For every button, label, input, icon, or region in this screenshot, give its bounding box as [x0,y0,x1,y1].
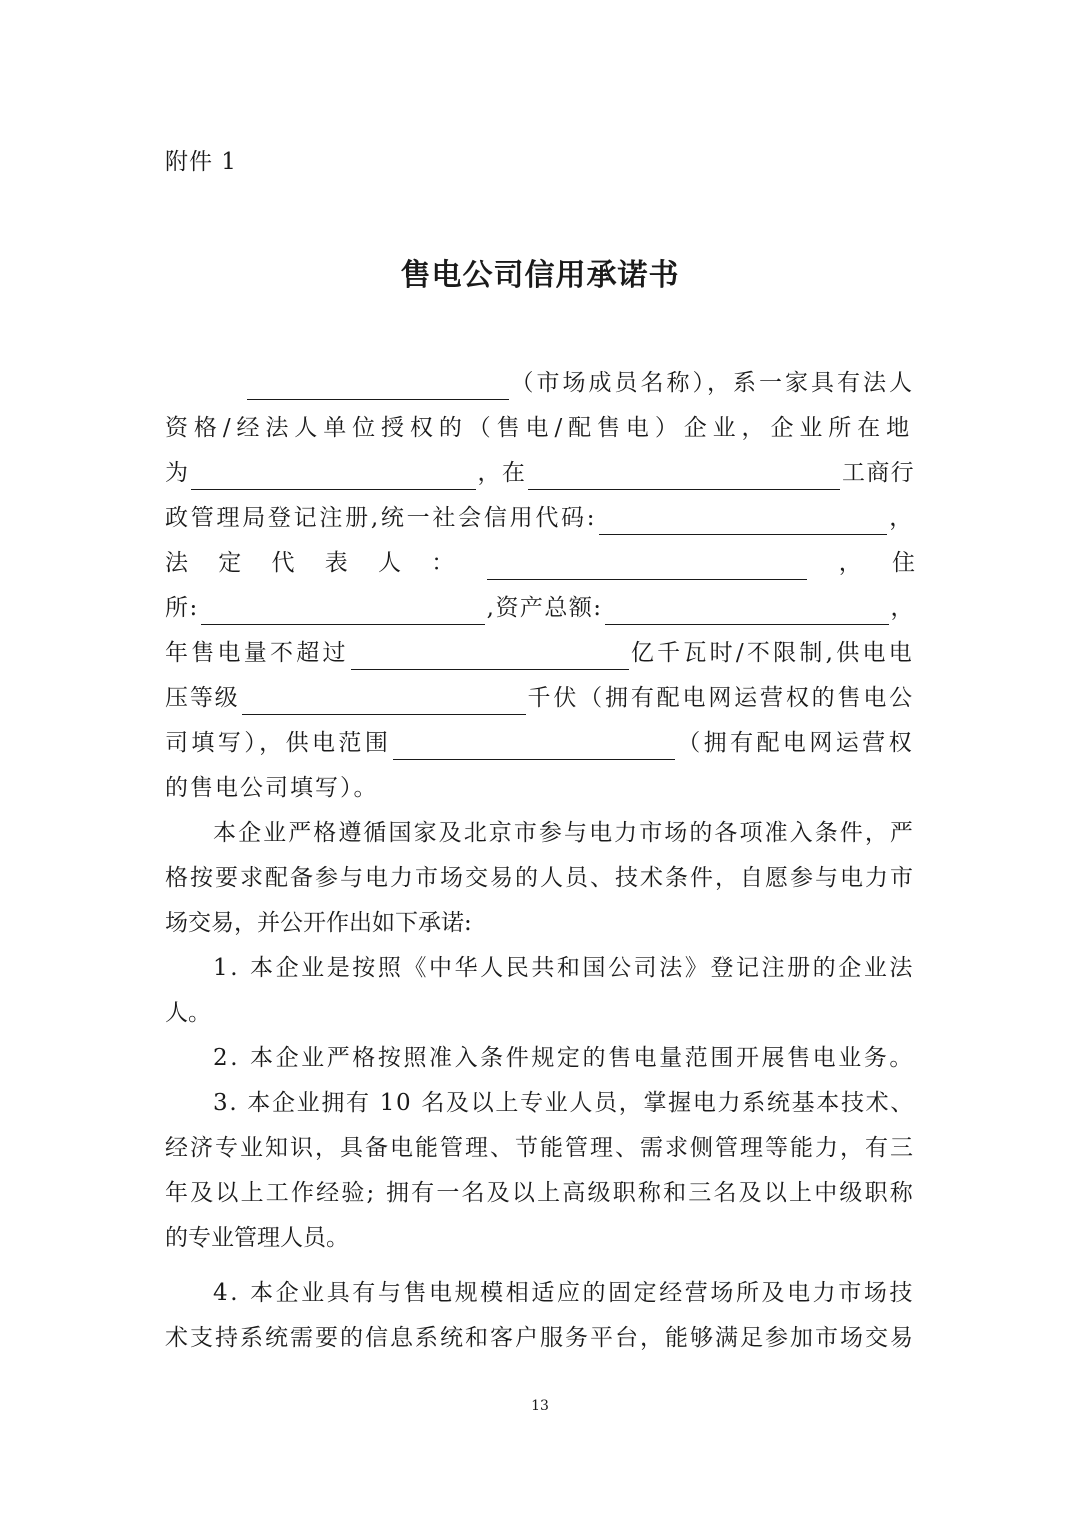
form-text: 的售电公司填写）。 [165,771,379,805]
form-line-10: 的售电公司填写）。 [165,771,915,805]
registration-authority-field[interactable] [528,465,840,490]
commitment-4-line-2: 术支持系统需要的信息系统和客户服务平台，能够满足参加市场交易 [165,1321,915,1355]
paragraph-text: 的专业管理人员。 [165,1221,349,1255]
intro-line-1: 本企业严格遵循国家及北京市参与电力市场的各项准入条件，严 [165,816,915,850]
form-text: （拥有配电网运营权 [677,726,915,760]
form-line-4: 政管理局登记注册,统一社会信用代码: ， [165,501,915,535]
paragraph-text: 术支持系统需要的信息系统和客户服务平台，能够满足参加市场交易 [165,1321,915,1355]
form-line-6: 所: ,资产总额: ， [165,591,915,625]
document-page: 附件 1 售电公司信用承诺书 （市场成员名称），系一家具有法人 资格/经法人单位… [0,0,1080,1526]
form-line-1: （市场成员名称），系一家具有法人 [165,366,915,400]
credit-code-field[interactable] [599,510,887,535]
commitment-1-line-2: 人。 [165,996,915,1030]
form-text: 司填写），供电范围 [165,726,391,760]
commitment-3-line-4: 的专业管理人员。 [165,1221,915,1255]
form-text: 所: [165,591,199,625]
form-text: ,资产总额: [487,591,603,625]
total-assets-field[interactable] [605,600,889,625]
form-text: 资格/经法人单位授权的（售电/配售电）企业，企业所在地 [165,411,915,445]
commitment-3-line-1: 3. 本企业拥有 10 名及以上专业人员，掌握电力系统基本技术、 [165,1086,915,1120]
form-line-9: 司填写），供电范围 （拥有配电网运营权 [165,726,915,760]
document-title: 售电公司信用承诺书 [0,250,1080,294]
intro-line-3: 场交易，并公开作出如下承诺: [165,906,915,940]
form-text: 定 [218,546,241,580]
form-text: 住 [892,546,915,580]
form-text: 亿千瓦时/不限制,供电电 [631,636,915,670]
form-text: ， [891,591,915,625]
form-text: 年售电量不超过 [165,636,349,670]
voltage-level-field[interactable] [242,690,526,715]
paragraph-text: 经济专业知识，具备电能管理、节能管理、需求侧管理等能力，有三 [165,1131,915,1165]
form-text: 为 [165,456,189,490]
paragraph-text: 3. 本企业拥有 10 名及以上专业人员，掌握电力系统基本技术、 [213,1086,915,1120]
form-line-7: 年售电量不超过 亿千瓦时/不限制,供电电 [165,636,915,670]
paragraph-text: 2. 本企业严格按照准入条件规定的售电量范围开展售电业务。 [213,1041,915,1075]
form-text: ， [839,546,862,580]
form-text: 工商行 [842,456,915,490]
paragraph-text: 4. 本企业具有与售电规模相适应的固定经营场所及电力市场技 [213,1276,915,1310]
paragraph-text: 1. 本企业是按照《中华人民共和国公司法》登记注册的企业法 [213,951,915,985]
form-text: ， [889,501,915,535]
form-line-2: 资格/经法人单位授权的（售电/配售电）企业，企业所在地 [165,411,915,445]
paragraph-text: 格按要求配备参与电力市场交易的人员、技术条件，自愿参与电力市 [165,861,915,895]
address-field[interactable] [201,600,485,625]
form-text: 表 [325,546,348,580]
paragraph-text: 场交易，并公开作出如下承诺: [165,906,472,940]
commitment-4-line-1: 4. 本企业具有与售电规模相适应的固定经营场所及电力市场技 [165,1276,915,1310]
form-text: 压等级 [165,681,240,715]
commitment-3-line-2: 经济专业知识，具备电能管理、节能管理、需求侧管理等能力，有三 [165,1131,915,1165]
form-text: ，在 [478,456,527,490]
legal-representative-field[interactable] [487,555,807,580]
page-number: 13 [0,1398,1080,1414]
form-text: 千伏（拥有配电网运营权的售电公 [528,681,916,715]
member-name-field[interactable] [247,375,509,400]
location-field[interactable] [191,465,475,490]
form-text: 政管理局登记注册,统一社会信用代码: [165,501,597,535]
form-line-3: 为 ，在 工商行 [165,456,915,490]
commitment-1-line-1: 1. 本企业是按照《中华人民共和国公司法》登记注册的企业法 [165,951,915,985]
commitment-2-line-1: 2. 本企业严格按照准入条件规定的售电量范围开展售电业务。 [165,1041,915,1075]
form-text: 代 [272,546,295,580]
paragraph-text: 人。 [165,996,211,1030]
form-line-8: 压等级 千伏（拥有配电网运营权的售电公 [165,681,915,715]
form-line-5: 法 定 代 表 人 ： ， 住 [165,546,915,580]
paragraph-text: 年及以上工作经验; 拥有一名及以上高级职称和三名及以上中级职称 [165,1176,915,1210]
form-text: 人 [378,546,401,580]
annual-sales-volume-field[interactable] [351,645,629,670]
form-text: 法 [165,546,188,580]
intro-line-2: 格按要求配备参与电力市场交易的人员、技术条件，自愿参与电力市 [165,861,915,895]
attachment-label: 附件 1 [165,143,237,176]
commitment-3-line-3: 年及以上工作经验; 拥有一名及以上高级职称和三名及以上中级职称 [165,1176,915,1210]
form-text: （市场成员名称），系一家具有法人 [511,366,916,400]
form-text: ： [431,546,454,580]
paragraph-text: 本企业严格遵循国家及北京市参与电力市场的各项准入条件，严 [213,816,915,850]
supply-range-field[interactable] [393,735,675,760]
